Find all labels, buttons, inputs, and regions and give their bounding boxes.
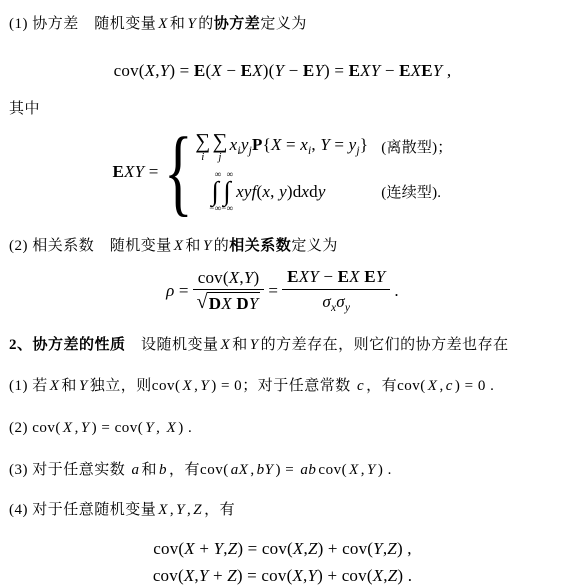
sum-operator-i: ∑ i (195, 130, 210, 163)
moments-fraction: EXY − EX EY σxσy (282, 267, 390, 314)
sum-lower-limit-j: j (218, 152, 221, 163)
rho-lhs: ρ = (166, 281, 189, 301)
property-2-line: (2) cov(X,Y) = cov(Y, X) . (0, 417, 565, 439)
property-1-line: (1) 若X和Y独立，则cov(X,Y) = 0；对于任意常数 c，有cov(X… (0, 375, 565, 397)
integral-lower-limit: −∞ (221, 204, 233, 213)
integral-icon: ∫ (211, 179, 219, 205)
property-3-line: (3) 对于任意实数 a和b，有cov(aX,bY) = abcov(X,Y) … (0, 459, 565, 481)
covariance-fraction: cov(X,Y) √ DX DY (193, 268, 265, 315)
discrete-case-expression: ∑ i ∑ j xiyjP{X = xi, Y = yj} (195, 130, 381, 163)
discrete-case-row: ∑ i ∑ j xiyjP{X = xi, Y = yj} (离散型)； (195, 130, 452, 163)
fraction-numerator: EXY − EX EY (282, 267, 390, 290)
correlation-intro-line: (2) 相关系数 随机变量X和Y的相关系数定义为 (0, 235, 565, 257)
document-page: (1) 协方差 随机变量X和Y的协方差定义为 cov(X,Y) = E(X − … (0, 0, 565, 586)
sum-lower-limit-i: i (201, 152, 204, 163)
radicand: DX DY (207, 292, 261, 314)
continuous-expression-text: xyf(x, y)dxdy (236, 182, 325, 202)
covariance-intro-line: (1) 协方差 随机变量X和Y的协方差定义为 (0, 0, 565, 35)
exy-lhs: EXY = (112, 162, 158, 182)
continuous-case-row: ∞ ∫ −∞ ∞ ∫ −∞ xyf(x, y)dxdy (连续型). (195, 170, 452, 214)
continuous-case-label: (连续型). (381, 181, 441, 202)
left-curly-brace: { (163, 123, 192, 220)
sigma-sum-icon: ∑ (212, 130, 227, 152)
integral-lower-limit: −∞ (209, 204, 221, 213)
exy-cases-formula: EXY = { ∑ i ∑ j xiyjP{X = xi, Y = yj} (离… (0, 123, 565, 220)
fraction-denominator: σxσy (322, 290, 350, 315)
discrete-case-label: (离散型)； (381, 136, 452, 157)
integral-operator: ∞ ∫ −∞ (209, 170, 221, 214)
where-label: 其中 (0, 98, 565, 120)
bilinearity-formula-1: cov(X + Y,Z) = cov(X,Z) + cov(Y,Z) , (0, 539, 565, 559)
covariance-definition-formula: cov(X,Y) = E(X − EX)(Y − EY) = EXY − EXE… (0, 61, 565, 81)
properties-heading: 2、协方差的性质 设随机变量X和Y的方差存在，则它们的协方差也存在 (0, 334, 565, 356)
continuous-case-expression: ∞ ∫ −∞ ∞ ∫ −∞ xyf(x, y)dxdy (195, 170, 381, 214)
discrete-expression-text: xiyjP{X = xi, Y = yj} (230, 135, 369, 157)
square-root: √ DX DY (197, 292, 261, 314)
double-integral: ∞ ∫ −∞ ∞ ∫ −∞ (209, 170, 233, 214)
correlation-coefficient-formula: ρ = cov(X,Y) √ DX DY = EXY − EX EY σxσy … (0, 264, 565, 318)
sum-operator-j: ∑ j (212, 130, 227, 163)
exy-cases: ∑ i ∑ j xiyjP{X = xi, Y = yj} (离散型)； ∞ (195, 130, 452, 214)
bilinearity-formula-2: cov(X,Y + Z) = cov(X,Y) + cov(X,Z) . (0, 566, 565, 586)
equals-sign: = (268, 281, 278, 301)
formula-period: . (394, 281, 398, 301)
integral-icon: ∫ (223, 179, 231, 205)
property-4-line: (4) 对于任意随机变量X,Y,Z，有 (0, 499, 565, 521)
sigma-sum-icon: ∑ (195, 130, 210, 152)
fraction-denominator: √ DX DY (197, 290, 261, 314)
integral-operator: ∞ ∫ −∞ (221, 170, 233, 214)
fraction-numerator: cov(X,Y) (193, 268, 265, 291)
